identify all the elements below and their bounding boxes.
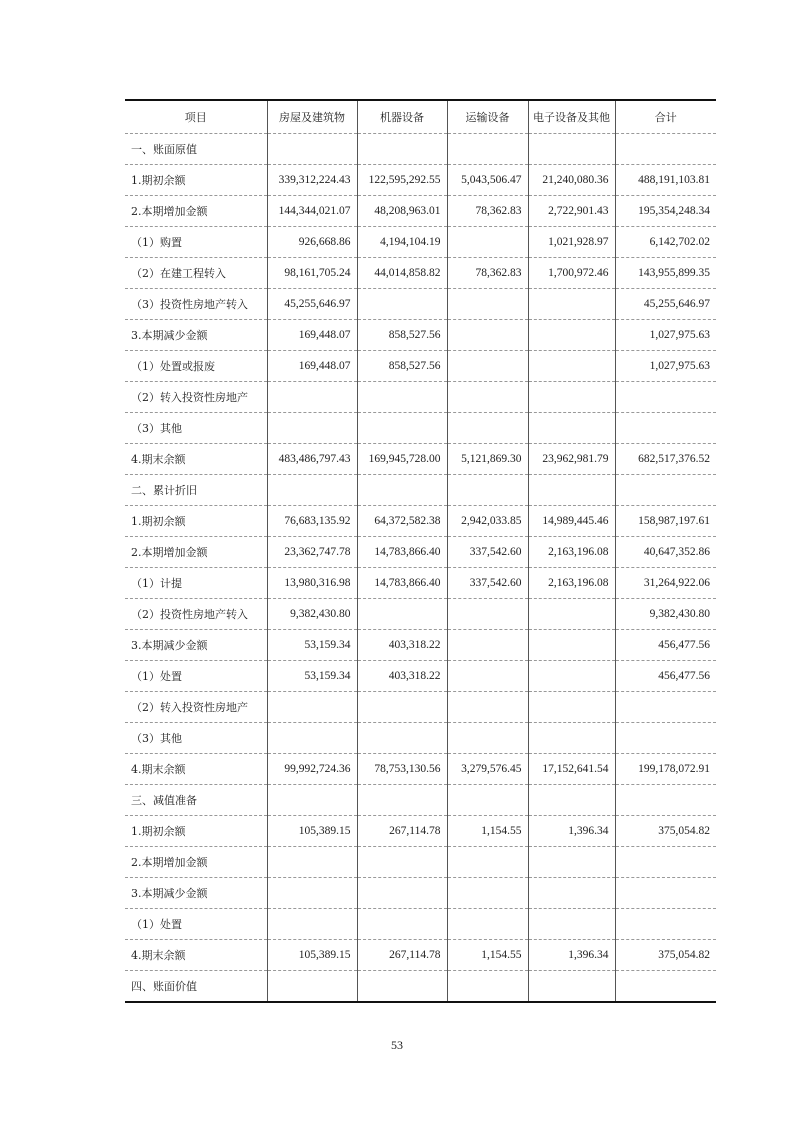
- row-label: （1）处置: [125, 909, 267, 940]
- cell-value: [357, 723, 447, 754]
- table-row: （2）在建工程转入98,161,705.2444,014,858.8278,36…: [125, 258, 716, 289]
- cell-value: 14,783,866.40: [357, 568, 447, 599]
- cell-value: [357, 847, 447, 878]
- cell-value: 17,152,641.54: [528, 754, 615, 785]
- cell-value: 2,163,196.08: [528, 568, 615, 599]
- row-label: 4.期末余额: [125, 940, 267, 971]
- cell-value: 5,121,869.30: [447, 444, 528, 475]
- cell-value: [447, 971, 528, 1003]
- cell-value: 1,700,972.46: [528, 258, 615, 289]
- table-row: 1.期初余额76,683,135.9264,372,582.382,942,03…: [125, 506, 716, 537]
- cell-value: 64,372,582.38: [357, 506, 447, 537]
- table-row: 2.本期增加金额144,344,021.0748,208,963.0178,36…: [125, 196, 716, 227]
- table-row: 3.本期减少金额169,448.07858,527.561,027,975.63: [125, 320, 716, 351]
- row-label: 3.本期减少金额: [125, 878, 267, 909]
- row-label: 1.期初余额: [125, 506, 267, 537]
- cell-value: 105,389.15: [267, 816, 357, 847]
- cell-value: 9,382,430.80: [267, 599, 357, 630]
- cell-value: [357, 599, 447, 630]
- table-row: 2.本期增加金额23,362,747.7814,783,866.40337,54…: [125, 537, 716, 568]
- table-row: 4.期末余额99,992,724.3678,753,130.563,279,57…: [125, 754, 716, 785]
- cell-value: 456,477.56: [615, 630, 716, 661]
- cell-value: 375,054.82: [615, 940, 716, 971]
- cell-value: [267, 134, 357, 165]
- cell-value: 3,279,576.45: [447, 754, 528, 785]
- cell-value: 1,027,975.63: [615, 320, 716, 351]
- cell-value: 5,043,506.47: [447, 165, 528, 196]
- cell-value: [357, 909, 447, 940]
- table-row: 一、账面原值: [125, 134, 716, 165]
- cell-value: [447, 599, 528, 630]
- row-label: （2）转入投资性房地产: [125, 692, 267, 723]
- cell-value: [615, 847, 716, 878]
- cell-value: 858,527.56: [357, 351, 447, 382]
- table-header-row: 项目 房屋及建筑物 机器设备 运输设备 电子设备及其他 合计: [125, 100, 716, 134]
- row-label: （2）投资性房地产转入: [125, 599, 267, 630]
- cell-value: [447, 382, 528, 413]
- cell-value: [357, 971, 447, 1003]
- cell-value: [447, 289, 528, 320]
- cell-value: 337,542.60: [447, 537, 528, 568]
- cell-value: [528, 320, 615, 351]
- table-row: （1）计提13,980,316.9814,783,866.40337,542.6…: [125, 568, 716, 599]
- cell-value: [528, 351, 615, 382]
- table-row: 1.期初余额105,389.15267,114.781,154.551,396.…: [125, 816, 716, 847]
- cell-value: [528, 692, 615, 723]
- header-machinery: 机器设备: [357, 100, 447, 134]
- cell-value: 23,962,981.79: [528, 444, 615, 475]
- cell-value: [528, 785, 615, 816]
- cell-value: 6,142,702.02: [615, 227, 716, 258]
- cell-value: [447, 723, 528, 754]
- cell-value: 45,255,646.97: [267, 289, 357, 320]
- cell-value: [615, 971, 716, 1003]
- cell-value: [528, 382, 615, 413]
- row-label: （2）在建工程转入: [125, 258, 267, 289]
- cell-value: [528, 289, 615, 320]
- cell-value: 2,163,196.08: [528, 537, 615, 568]
- cell-value: [615, 909, 716, 940]
- cell-value: 1,027,975.63: [615, 351, 716, 382]
- row-label: （3）其他: [125, 723, 267, 754]
- table-row: 二、累计折旧: [125, 475, 716, 506]
- cell-value: 926,668.86: [267, 227, 357, 258]
- cell-value: [357, 382, 447, 413]
- header-transport: 运输设备: [447, 100, 528, 134]
- cell-value: [267, 723, 357, 754]
- cell-value: 48,208,963.01: [357, 196, 447, 227]
- cell-value: 195,354,248.34: [615, 196, 716, 227]
- cell-value: 76,683,135.92: [267, 506, 357, 537]
- header-item: 项目: [125, 100, 267, 134]
- cell-value: 682,517,376.52: [615, 444, 716, 475]
- cell-value: [528, 475, 615, 506]
- cell-value: [267, 847, 357, 878]
- row-label: （3）其他: [125, 413, 267, 444]
- table-row: （2）转入投资性房地产: [125, 382, 716, 413]
- cell-value: [447, 320, 528, 351]
- cell-value: 122,595,292.55: [357, 165, 447, 196]
- row-label: （1）计提: [125, 568, 267, 599]
- cell-value: [447, 785, 528, 816]
- row-label: 1.期初余额: [125, 165, 267, 196]
- cell-value: [267, 692, 357, 723]
- cell-value: 105,389.15: [267, 940, 357, 971]
- cell-value: 2,942,033.85: [447, 506, 528, 537]
- cell-value: 14,783,866.40: [357, 537, 447, 568]
- cell-value: 858,527.56: [357, 320, 447, 351]
- cell-value: [615, 475, 716, 506]
- cell-value: [615, 692, 716, 723]
- cell-value: 488,191,103.81: [615, 165, 716, 196]
- row-label: 2.本期增加金额: [125, 537, 267, 568]
- row-label: 3.本期减少金额: [125, 630, 267, 661]
- table-row: 1.期初余额339,312,224.43122,595,292.555,043,…: [125, 165, 716, 196]
- cell-value: [267, 909, 357, 940]
- table-row: （1）处置或报废169,448.07858,527.561,027,975.63: [125, 351, 716, 382]
- cell-value: [447, 661, 528, 692]
- row-label: 三、减值准备: [125, 785, 267, 816]
- cell-value: [357, 475, 447, 506]
- row-label: （2）转入投资性房地产: [125, 382, 267, 413]
- cell-value: [447, 351, 528, 382]
- cell-value: 45,255,646.97: [615, 289, 716, 320]
- cell-value: 1,154.55: [447, 816, 528, 847]
- cell-value: [615, 878, 716, 909]
- table-row: （1）处置53,159.34403,318.22456,477.56: [125, 661, 716, 692]
- cell-value: 1,396.34: [528, 940, 615, 971]
- table-row: 四、账面价值: [125, 971, 716, 1003]
- fixed-assets-table: 项目 房屋及建筑物 机器设备 运输设备 电子设备及其他 合计 一、账面原值1.期…: [125, 99, 716, 1003]
- row-label: （1）处置或报废: [125, 351, 267, 382]
- cell-value: [267, 971, 357, 1003]
- row-label: （1）处置: [125, 661, 267, 692]
- cell-value: [267, 878, 357, 909]
- cell-value: [357, 785, 447, 816]
- cell-value: [615, 413, 716, 444]
- cell-value: 169,448.07: [267, 351, 357, 382]
- header-buildings: 房屋及建筑物: [267, 100, 357, 134]
- row-label: 一、账面原值: [125, 134, 267, 165]
- page-number: 53: [0, 1038, 794, 1053]
- cell-value: [267, 382, 357, 413]
- cell-value: 403,318.22: [357, 661, 447, 692]
- cell-value: [447, 630, 528, 661]
- table-row: （1）处置: [125, 909, 716, 940]
- cell-value: 40,647,352.86: [615, 537, 716, 568]
- table-row: （3）其他: [125, 413, 716, 444]
- cell-value: [447, 227, 528, 258]
- table-row: 三、减值准备: [125, 785, 716, 816]
- cell-value: 14,989,445.46: [528, 506, 615, 537]
- cell-value: 78,753,130.56: [357, 754, 447, 785]
- cell-value: [528, 878, 615, 909]
- cell-value: [528, 661, 615, 692]
- cell-value: 2,722,901.43: [528, 196, 615, 227]
- cell-value: 483,486,797.43: [267, 444, 357, 475]
- cell-value: 21,240,080.36: [528, 165, 615, 196]
- cell-value: 23,362,747.78: [267, 537, 357, 568]
- cell-value: [357, 692, 447, 723]
- table-row: （3）投资性房地产转入45,255,646.9745,255,646.97: [125, 289, 716, 320]
- cell-value: [528, 723, 615, 754]
- cell-value: 99,992,724.36: [267, 754, 357, 785]
- cell-value: [528, 971, 615, 1003]
- cell-value: 337,542.60: [447, 568, 528, 599]
- cell-value: 31,264,922.06: [615, 568, 716, 599]
- cell-value: [615, 134, 716, 165]
- cell-value: 456,477.56: [615, 661, 716, 692]
- cell-value: 267,114.78: [357, 940, 447, 971]
- cell-value: [447, 909, 528, 940]
- cell-value: [528, 847, 615, 878]
- cell-value: 53,159.34: [267, 630, 357, 661]
- row-label: 4.期末余额: [125, 444, 267, 475]
- cell-value: [267, 413, 357, 444]
- cell-value: 13,980,316.98: [267, 568, 357, 599]
- cell-value: 1,396.34: [528, 816, 615, 847]
- row-label: （1）购置: [125, 227, 267, 258]
- cell-value: 158,987,197.61: [615, 506, 716, 537]
- cell-value: [528, 599, 615, 630]
- cell-value: 53,159.34: [267, 661, 357, 692]
- cell-value: [447, 692, 528, 723]
- cell-value: [528, 630, 615, 661]
- table-row: （1）购置926,668.864,194,104.191,021,928.976…: [125, 227, 716, 258]
- cell-value: 169,945,728.00: [357, 444, 447, 475]
- table-row: （2）投资性房地产转入9,382,430.809,382,430.80: [125, 599, 716, 630]
- cell-value: 403,318.22: [357, 630, 447, 661]
- cell-value: 78,362.83: [447, 196, 528, 227]
- row-label: （3）投资性房地产转入: [125, 289, 267, 320]
- row-label: 二、累计折旧: [125, 475, 267, 506]
- cell-value: [357, 134, 447, 165]
- cell-value: 4,194,104.19: [357, 227, 447, 258]
- table-row: 2.本期增加金额: [125, 847, 716, 878]
- cell-value: [447, 134, 528, 165]
- cell-value: [528, 413, 615, 444]
- cell-value: [447, 413, 528, 444]
- table-row: 3.本期减少金额53,159.34403,318.22456,477.56: [125, 630, 716, 661]
- cell-value: 143,955,899.35: [615, 258, 716, 289]
- cell-value: 375,054.82: [615, 816, 716, 847]
- cell-value: 1,021,928.97: [528, 227, 615, 258]
- cell-value: 169,448.07: [267, 320, 357, 351]
- cell-value: 78,362.83: [447, 258, 528, 289]
- header-electronics: 电子设备及其他: [528, 100, 615, 134]
- cell-value: 98,161,705.24: [267, 258, 357, 289]
- cell-value: 339,312,224.43: [267, 165, 357, 196]
- table-row: 3.本期减少金额: [125, 878, 716, 909]
- cell-value: [267, 785, 357, 816]
- cell-value: 267,114.78: [357, 816, 447, 847]
- cell-value: [615, 785, 716, 816]
- cell-value: 44,014,858.82: [357, 258, 447, 289]
- cell-value: 144,344,021.07: [267, 196, 357, 227]
- row-label: 2.本期增加金额: [125, 847, 267, 878]
- cell-value: 199,178,072.91: [615, 754, 716, 785]
- cell-value: [357, 878, 447, 909]
- cell-value: [447, 847, 528, 878]
- cell-value: [615, 723, 716, 754]
- row-label: 3.本期减少金额: [125, 320, 267, 351]
- header-total: 合计: [615, 100, 716, 134]
- cell-value: [615, 382, 716, 413]
- cell-value: [447, 878, 528, 909]
- cell-value: [528, 909, 615, 940]
- table-row: 4.期末余额483,486,797.43169,945,728.005,121,…: [125, 444, 716, 475]
- row-label: 4.期末余额: [125, 754, 267, 785]
- row-label: 1.期初余额: [125, 816, 267, 847]
- cell-value: [528, 134, 615, 165]
- cell-value: 9,382,430.80: [615, 599, 716, 630]
- table-row: （3）其他: [125, 723, 716, 754]
- cell-value: [357, 413, 447, 444]
- row-label: 四、账面价值: [125, 971, 267, 1003]
- cell-value: [267, 475, 357, 506]
- row-label: 2.本期增加金额: [125, 196, 267, 227]
- table-row: （2）转入投资性房地产: [125, 692, 716, 723]
- cell-value: 1,154.55: [447, 940, 528, 971]
- table-row: 4.期末余额105,389.15267,114.781,154.551,396.…: [125, 940, 716, 971]
- cell-value: [357, 289, 447, 320]
- cell-value: [447, 475, 528, 506]
